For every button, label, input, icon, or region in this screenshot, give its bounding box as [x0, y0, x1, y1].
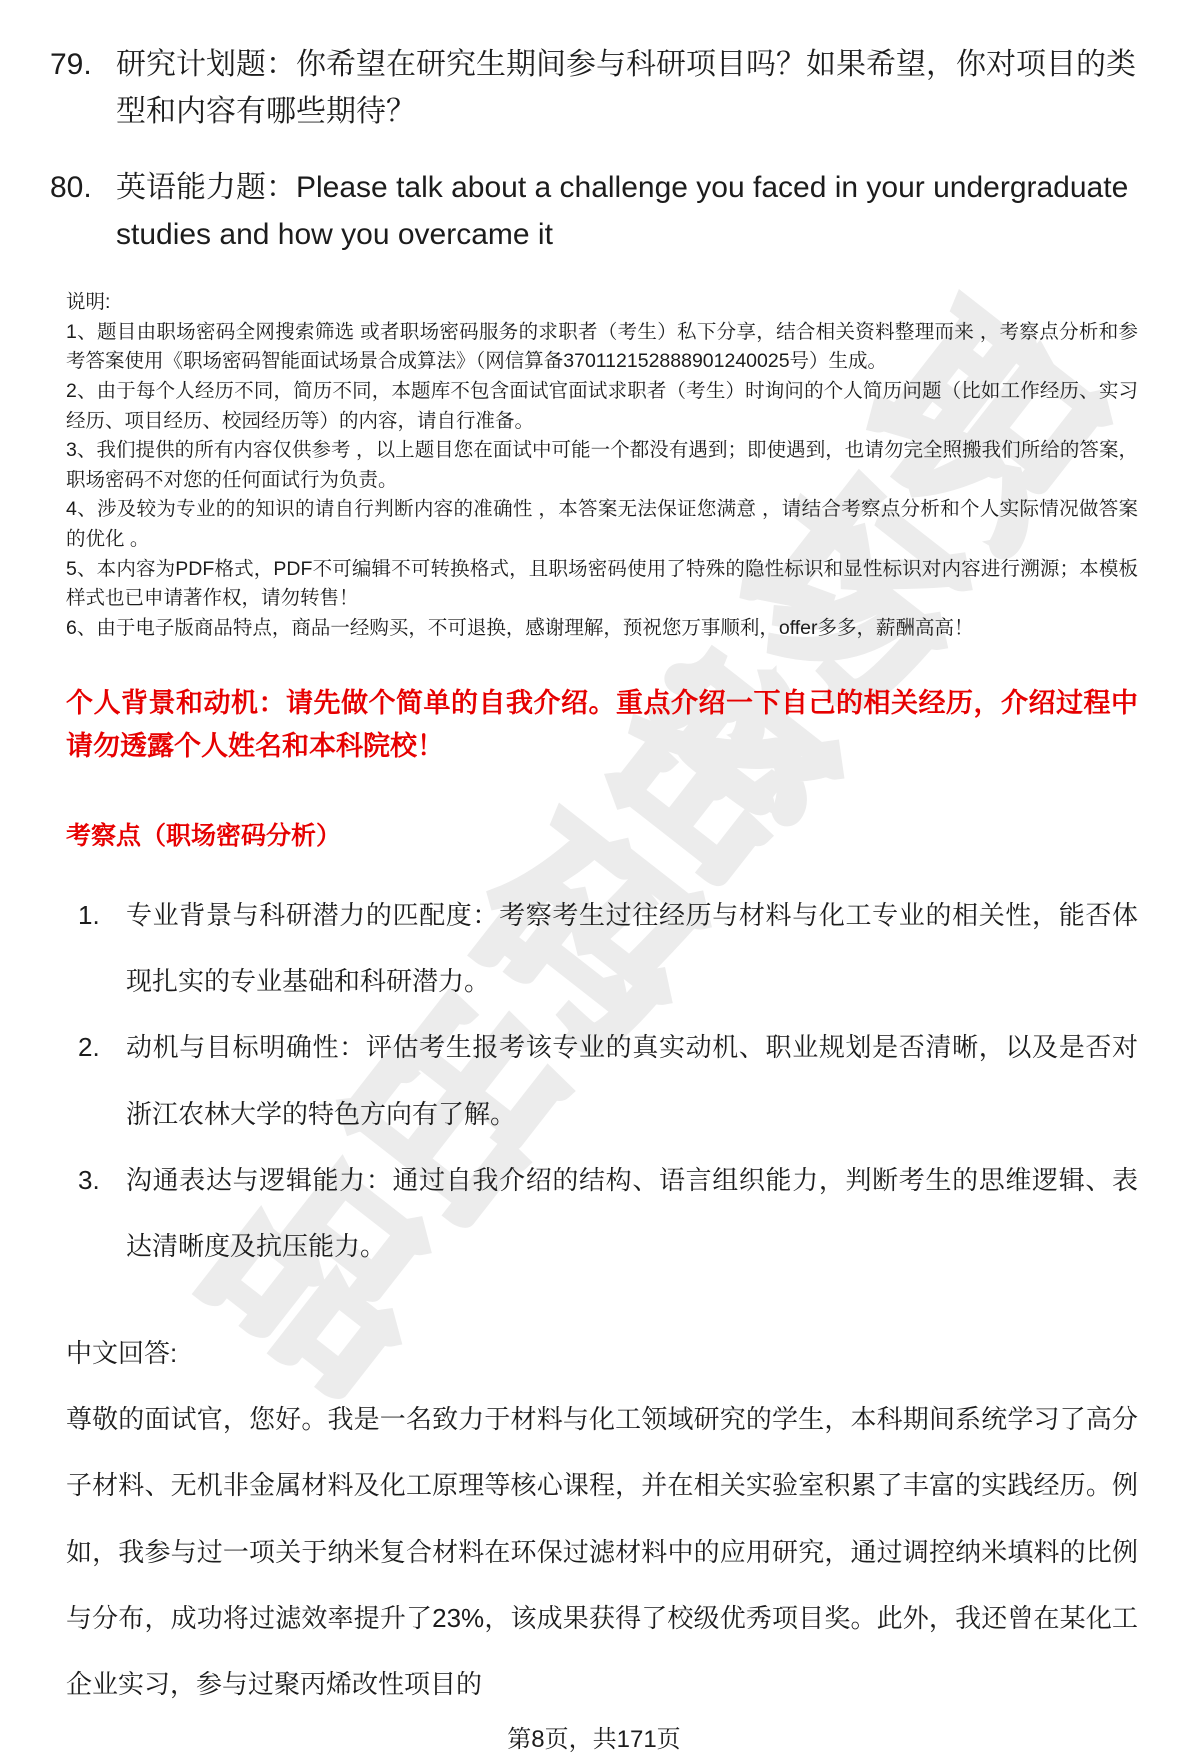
- question-79: 79. 研究计划题：你希望在研究生期间参与科研项目吗？如果希望，你对项目的类型和…: [50, 42, 1138, 135]
- note-item-4: 4、涉及较为专业的的知识的请自行判断内容的准确性 ，本答案无法保证您满意 ，请结…: [66, 495, 1138, 554]
- chinese-answer-label: 中文回答:: [66, 1320, 1138, 1386]
- chinese-answer-text: 尊敬的面试官，您好。我是一名致力于材料与化工领域研究的学生，本科期间系统学习了高…: [66, 1386, 1138, 1717]
- analysis-point-3: 3. 沟通表达与逻辑能力：通过自我介绍的结构、语言组织能力，判断考生的思维逻辑、…: [78, 1147, 1138, 1280]
- note-item-6: 6、由于电子版商品特点，商品一经购买，不可退换，感谢理解，预祝您万事顺利，off…: [66, 614, 1138, 644]
- notes-section: 说明: 1、题目由职场密码全网搜索筛选 或者职场密码服务的求职者（考生）私下分享…: [66, 288, 1138, 644]
- question-80: 80. 英语能力题：Please talk about a challenge …: [50, 165, 1138, 258]
- page-content: 79. 研究计划题：你希望在研究生期间参与科研项目吗？如果希望，你对项目的类型和…: [0, 0, 1200, 1754]
- question-80-number: 80.: [50, 165, 116, 258]
- analysis-point-1: 1. 专业背景与科研潜力的匹配度：考察考生过往经历与材料与化工专业的相关性，能否…: [78, 882, 1138, 1015]
- analysis-point-2-number: 2.: [78, 1014, 126, 1147]
- notes-title: 说明:: [66, 288, 1138, 318]
- question-80-text: 英语能力题：Please talk about a challenge you …: [116, 165, 1138, 258]
- analysis-point-3-text: 沟通表达与逻辑能力：通过自我介绍的结构、语言组织能力，判断考生的思维逻辑、表达清…: [126, 1147, 1138, 1280]
- interview-prompt: 个人背景和动机：请先做个简单的自我介绍。重点介绍一下自己的相关经历，介绍过程中请…: [66, 682, 1138, 768]
- note-item-3: 3、我们提供的所有内容仅供参考 ，以上题目您在面试中可能一个都没有遇到；即使遇到…: [66, 436, 1138, 495]
- document-page: 职场密码出品 79. 研究计划题：你希望在研究生期间参与科研项目吗？如果希望，你…: [0, 0, 1200, 1755]
- analysis-point-1-number: 1.: [78, 882, 126, 1015]
- analysis-point-2-text: 动机与目标明确性：评估考生报考该专业的真实动机、职业规划是否清晰，以及是否对浙江…: [126, 1014, 1138, 1147]
- analysis-point-2: 2. 动机与目标明确性：评估考生报考该专业的真实动机、职业规划是否清晰，以及是否…: [78, 1014, 1138, 1147]
- chinese-answer-section: 中文回答: 尊敬的面试官，您好。我是一名致力于材料与化工领域研究的学生，本科期间…: [66, 1320, 1138, 1718]
- analysis-section-title: 考察点（职场密码分析）: [66, 816, 1138, 852]
- analysis-points: 1. 专业背景与科研潜力的匹配度：考察考生过往经历与材料与化工专业的相关性，能否…: [78, 882, 1138, 1280]
- analysis-point-1-text: 专业背景与科研潜力的匹配度：考察考生过往经历与材料与化工专业的相关性，能否体现扎…: [126, 882, 1138, 1015]
- question-79-text: 研究计划题：你希望在研究生期间参与科研项目吗？如果希望，你对项目的类型和内容有哪…: [116, 42, 1138, 135]
- note-item-2: 2、由于每个人经历不同，简历不同，本题库不包含面试官面试求职者（考生）时询问的个…: [66, 377, 1138, 436]
- page-number: 第8页，共171页: [50, 1719, 1138, 1754]
- note-item-1: 1、题目由职场密码全网搜索筛选 或者职场密码服务的求职者（考生）私下分享，结合相…: [66, 318, 1138, 377]
- note-item-5: 5、本内容为PDF格式，PDF不可编辑不可转换格式，且职场密码使用了特殊的隐性标…: [66, 555, 1138, 614]
- analysis-point-3-number: 3.: [78, 1147, 126, 1280]
- question-79-number: 79.: [50, 42, 116, 135]
